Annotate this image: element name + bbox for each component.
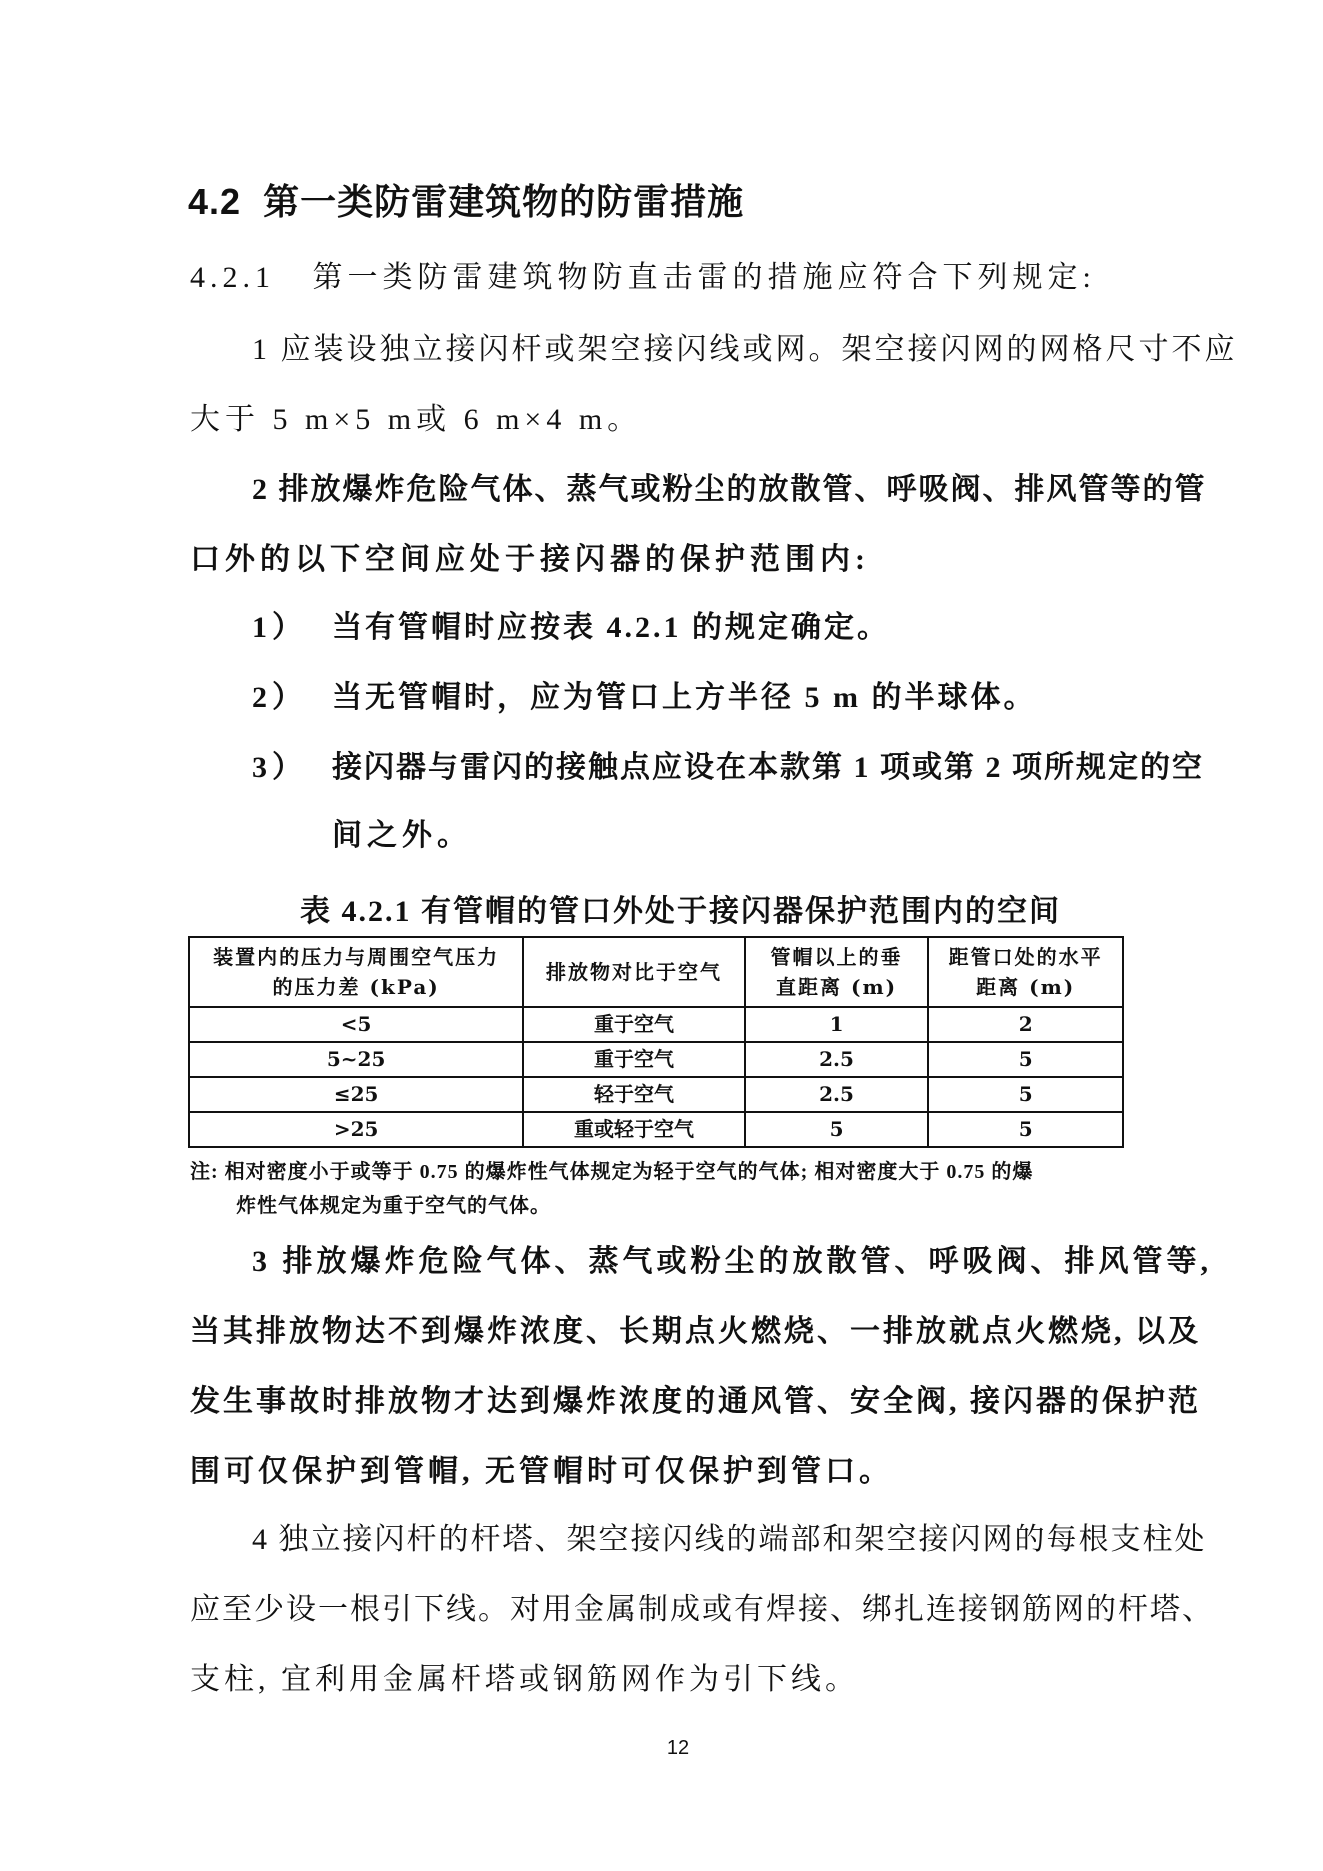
page-number: 12: [648, 1737, 708, 1760]
header-vertical-distance: 管帽以上的垂 直距离 (m): [745, 937, 929, 1007]
subitem-3-text: 接闪器与雷闪的接触点应设在本款第 1 项或第 2 项所规定的空: [332, 748, 1204, 788]
header-line: 直距离 (m): [750, 972, 924, 1002]
subitem-1-text: 当有管帽时应按表 4.2.1 的规定确定。: [332, 608, 890, 648]
cell-pressure: <5: [189, 1007, 523, 1042]
item3-line4: 围可仅保护到管帽, 无管帽时可仅保护到管口。: [190, 1452, 893, 1492]
cell-discharge: 重于空气: [523, 1042, 744, 1077]
header-discharge-vs-air: 排放物对比于空气: [523, 937, 744, 1007]
subitem-3-continuation: 间之外。: [332, 816, 472, 856]
clause-number: 4.2.1: [190, 261, 275, 294]
header-horizontal-distance: 距管口处的水平 距离 (m): [928, 937, 1123, 1007]
item4-line3: 支柱, 宜利用金属杆塔或钢筋网作为引下线。: [190, 1660, 859, 1700]
section-number: 4.2: [188, 181, 241, 222]
section-heading: 4.2 第一类防雷建筑物的防雷措施: [188, 174, 744, 225]
cell-horizontal: 5: [928, 1112, 1123, 1147]
header-line: 距离 (m): [933, 972, 1118, 1002]
cell-pressure: 5~25: [189, 1042, 523, 1077]
cell-discharge: 重或轻于空气: [523, 1112, 744, 1147]
table-row: ≤25 轻于空气 2.5 5: [189, 1077, 1123, 1112]
item4-line2: 应至少设一根引下线。对用金属制成或有焊接、绑扎连接钢筋网的杆塔、: [190, 1590, 1214, 1630]
item3-line3: 发生事故时排放物才达到爆炸浓度的通风管、安全阀, 接闪器的保护范: [190, 1382, 1201, 1422]
table-row: <5 重于空气 1 2: [189, 1007, 1123, 1042]
header-line: 排放物对比于空气: [528, 957, 739, 987]
clause-text: 第一类防雷建筑物防直击雷的措施应符合下列规定:: [313, 261, 1096, 294]
item3-line2: 当其排放物达不到爆炸浓度、长期点火燃烧、一排放就点火燃烧, 以及: [190, 1312, 1201, 1352]
header-pressure-diff: 装置内的压力与周围空气压力 的压力差 (kPa): [189, 937, 523, 1007]
subitem-2-label: 2）: [252, 678, 307, 718]
table-caption: 表 4.2.1 有管帽的管口外处于接闪器保护范围内的空间: [300, 886, 1061, 930]
item2-line2: 口外的以下空间应处于接闪器的保护范围内:: [190, 540, 870, 580]
cell-horizontal: 2: [928, 1007, 1123, 1042]
cell-vertical: 1: [745, 1007, 929, 1042]
item2-line1: 2 排放爆炸危险气体、蒸气或粉尘的放散管、呼吸阀、排风管等的管: [252, 470, 1207, 510]
table-row: >25 重或轻于空气 5 5: [189, 1112, 1123, 1147]
cell-horizontal: 5: [928, 1042, 1123, 1077]
table-note-line2: 炸性气体规定为重于空气的气体。: [236, 1189, 551, 1223]
table-note-line1: 注: 相对密度小于或等于 0.75 的爆炸性气体规定为轻于空气的气体; 相对密度…: [190, 1155, 1033, 1189]
cell-vertical: 2.5: [745, 1042, 929, 1077]
spec-table: 装置内的压力与周围空气压力 的压力差 (kPa) 排放物对比于空气 管帽以上的垂…: [188, 936, 1124, 1148]
section-title: 第一类防雷建筑物的防雷措施: [263, 181, 744, 222]
table-header-row: 装置内的压力与周围空气压力 的压力差 (kPa) 排放物对比于空气 管帽以上的垂…: [189, 937, 1123, 1007]
item4-line1: 4 独立接闪杆的杆塔、架空接闪线的端部和架空接闪网的每根支柱处: [252, 1520, 1207, 1560]
cell-discharge: 轻于空气: [523, 1077, 744, 1112]
item3-line1: 3 排放爆炸危险气体、蒸气或粉尘的放散管、呼吸阀、排风管等,: [252, 1242, 1212, 1282]
subitem-3-label: 3）: [252, 748, 307, 788]
cell-discharge: 重于空气: [523, 1007, 744, 1042]
cell-vertical: 2.5: [745, 1077, 929, 1112]
cell-vertical: 5: [745, 1112, 929, 1147]
header-line: 距管口处的水平: [933, 942, 1118, 972]
item1-line1: 1 应装设独立接闪杆或架空接闪线或网。架空接闪网的网格尺寸不应: [252, 330, 1238, 370]
cell-horizontal: 5: [928, 1077, 1123, 1112]
subitem-2-text: 当无管帽时，应为管口上方半径 5 m 的半球体。: [332, 678, 1037, 718]
header-line: 管帽以上的垂: [750, 942, 924, 972]
header-line: 的压力差 (kPa): [194, 972, 518, 1002]
clause-line: 4.2.1 第一类防雷建筑物防直击雷的措施应符合下列规定:: [190, 258, 1096, 298]
subitem-1-label: 1）: [252, 608, 307, 648]
cell-pressure: >25: [189, 1112, 523, 1147]
header-line: 装置内的压力与周围空气压力: [194, 942, 518, 972]
cell-pressure: ≤25: [189, 1077, 523, 1112]
table-row: 5~25 重于空气 2.5 5: [189, 1042, 1123, 1077]
item1-line2: 大于 5 m×5 m或 6 m×4 m。: [190, 400, 642, 440]
